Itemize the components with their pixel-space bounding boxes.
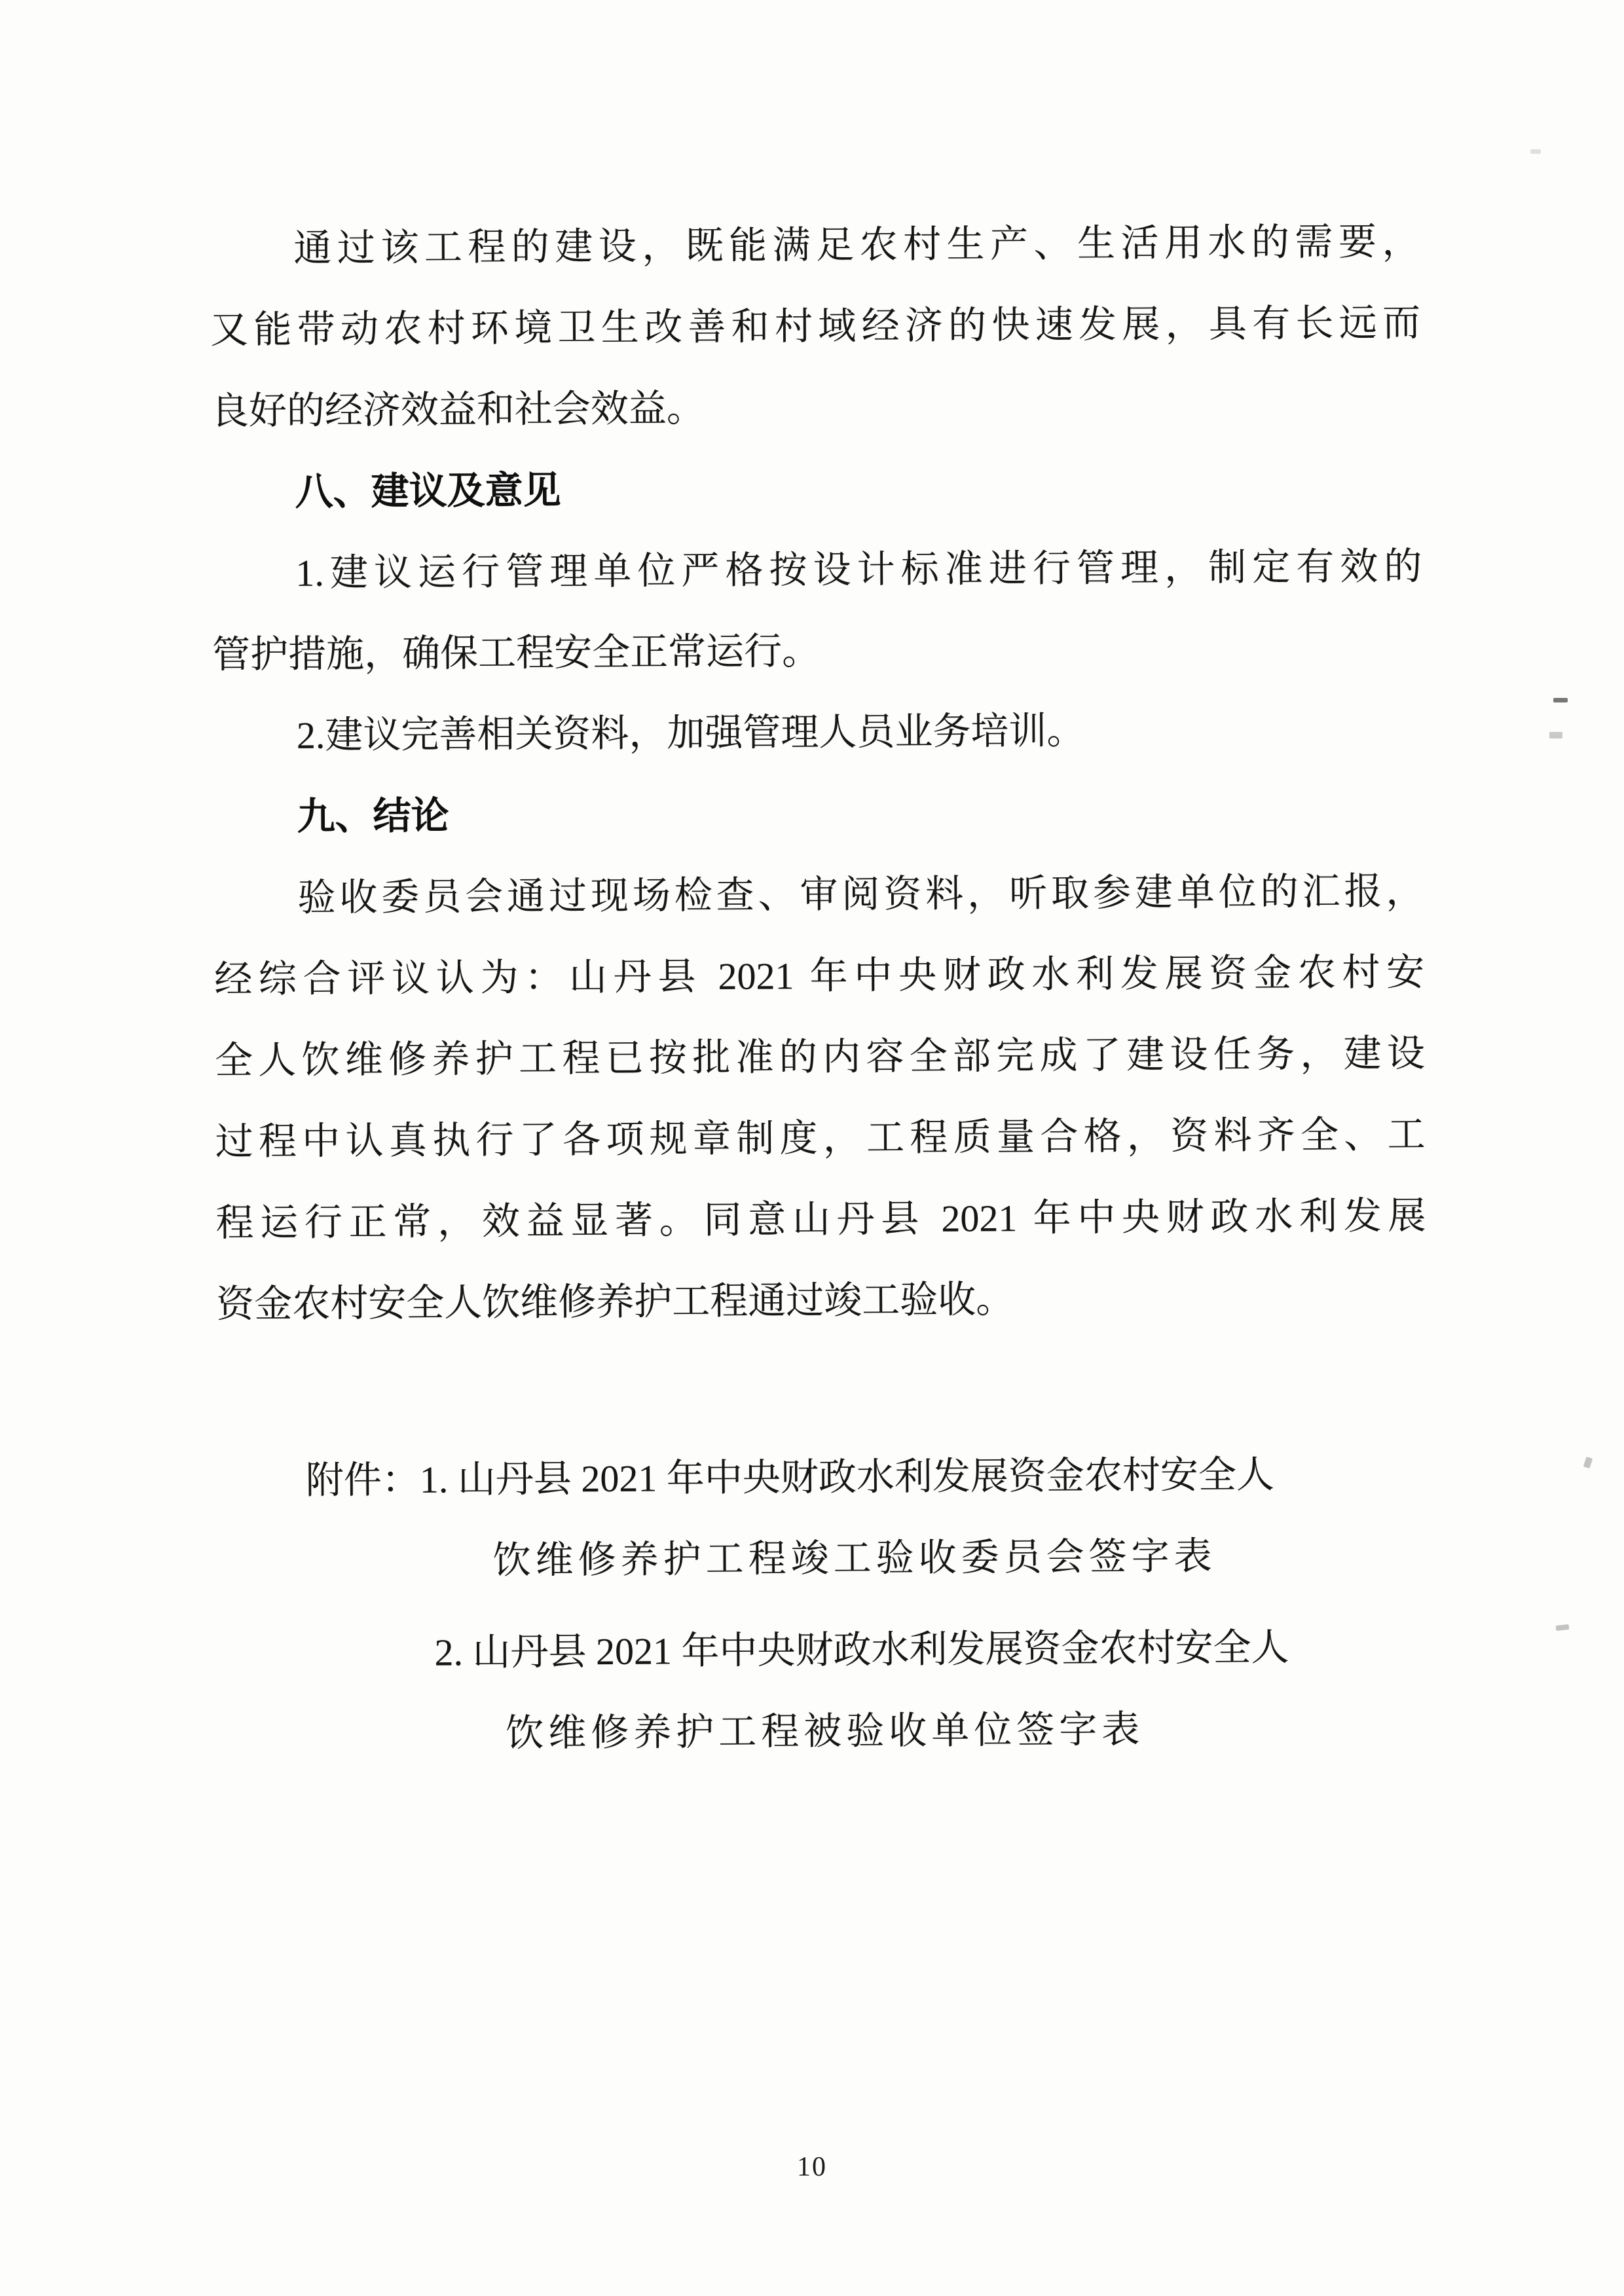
conclusion-line2: 经综合评议认为：山丹县 2021 年中央财政水利发展资金农村安 [214,932,1425,1020]
attachment1-line1: 附件：1. 山丹县 2021 年中央财政水利发展资金农村安全人 [217,1433,1428,1522]
page-number: 10 [0,2151,1624,2183]
attachment2-line2: 饮维修养护工程被验收单位签字表 [219,1687,1430,1776]
conclusion-line5: 程运行正常，效益显著。同意山丹县 2021 年中央财政水利发展 [215,1175,1426,1264]
conclusion-line3: 全人饮维修养护工程已按批准的内容全部完成了建设任务，建设 [215,1013,1426,1101]
document-body: 通过该工程的建设，既能满足农村生产、生活用水的需要， 又能带动农村环境卫生改善和… [210,201,1430,1776]
scan-artifact [1549,732,1562,738]
paragraph1-line3: 良好的经济效益和社会效益。 [211,363,1422,452]
scan-artifact [1556,1624,1570,1631]
paragraph1-line2: 又能带动农村环境卫生改善和村域经济的快速发展，具有长远而 [210,282,1421,371]
attachment1-title-part1: 1. 山丹县 2021 年中央财政水利发展资金农村安全人 [420,1453,1274,1501]
scan-artifact [1530,149,1541,154]
attachment2-line1: 2. 山丹县 2021 年中央财政水利发展资金农村安全人 [218,1606,1429,1694]
suggestion1-line2: 管护措施，确保工程安全正常运行。 [212,607,1423,695]
attachment1-line2: 饮维修养护工程竣工验收委员会签字表 [217,1514,1428,1603]
section-heading-suggestions: 八、建议及意见 [211,445,1422,533]
scanned-document-page: 通过该工程的建设，既能满足农村生产、生活用水的需要， 又能带动农村环境卫生改善和… [0,0,1624,2296]
suggestion1-line1: 1.建议运行管理单位严格按设计标准进行管理，制定有效的 [212,526,1422,614]
attachments-label: 附件： [306,1459,420,1502]
paragraph1-line1: 通过该工程的建设，既能满足农村生产、生活用水的需要， [210,201,1420,289]
section-heading-conclusion: 九、结论 [213,769,1424,858]
suggestion2-line: 2.建议完善相关资料，加强管理人员业务培训。 [213,688,1424,776]
conclusion-line6: 资金农村安全人饮维修养护工程通过竣工验收。 [216,1256,1427,1345]
attachments-block: 附件：1. 山丹县 2021 年中央财政水利发展资金农村安全人 饮维修养护工程竣… [217,1433,1430,1776]
scan-artifact [1553,698,1568,702]
conclusion-line1: 验收委员会通过现场检查、审阅资料，听取参建单位的汇报， [213,850,1424,939]
conclusion-line4: 过程中认真执行了各项规章制度，工程质量合格，资料齐全、工 [215,1094,1426,1182]
scan-artifact [1583,1457,1593,1468]
